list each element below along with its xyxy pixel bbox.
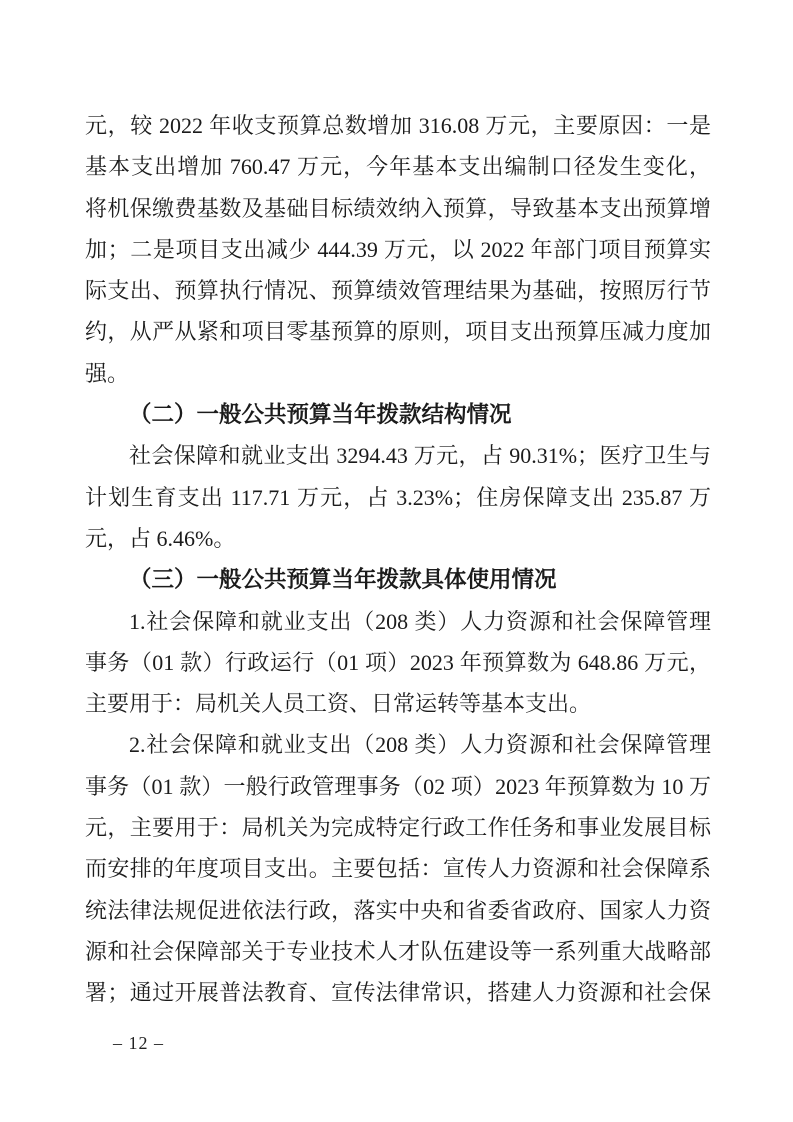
text-line: 加；二是项目支出减少 444.39 万元，以 2022 年部门项目预算实	[85, 229, 711, 270]
text-line: 元，主要用于：局机关为完成特定行政工作任务和事业发展目标	[85, 807, 711, 848]
text-line: 社会保障和就业支出 3294.43 万元，占 90.31%；医疗卫生与	[85, 435, 711, 476]
section-heading: （二）一般公共预算当年拨款结构情况	[85, 394, 711, 435]
paragraph: 元，较 2022 年收支预算总数增加 316.08 万元，主要原因：一是基本支出…	[85, 105, 711, 394]
text-line: 际支出、预算执行情况、预算绩效管理结果为基础，按照厉行节	[85, 270, 711, 311]
paragraph: 1.社会保障和就业支出（208 类）人力资源和社会保障管理事务（01 款）行政运…	[85, 601, 711, 725]
text-line: 而安排的年度项目支出。主要包括：宣传人力资源和社会保障系	[85, 848, 711, 889]
document-body: 元，较 2022 年收支预算总数增加 316.08 万元，主要原因：一是基本支出…	[85, 105, 711, 1014]
text-line: 强。	[85, 353, 711, 394]
paragraph: 2.社会保障和就业支出（208 类）人力资源和社会保障管理事务（01 款）一般行…	[85, 724, 711, 1013]
text-line: 统法律法规促进依法行政，落实中央和省委省政府、国家人力资	[85, 890, 711, 931]
text-line: 1.社会保障和就业支出（208 类）人力资源和社会保障管理	[85, 601, 711, 642]
text-line: 事务（01 款）一般行政管理事务（02 项）2023 年预算数为 10 万	[85, 766, 711, 807]
section-heading: （三）一般公共预算当年拨款具体使用情况	[85, 559, 711, 600]
document-page: 元，较 2022 年收支预算总数增加 316.08 万元，主要原因：一是基本支出…	[0, 0, 793, 1122]
text-line: 主要用于：局机关人员工资、日常运转等基本支出。	[85, 683, 711, 724]
page-number: – 12 –	[113, 1030, 164, 1056]
text-line: 署；通过开展普法教育、宣传法律常识，搭建人力资源和社会保	[85, 972, 711, 1013]
text-line: 事务（01 款）行政运行（01 项）2023 年预算数为 648.86 万元，	[85, 642, 711, 683]
text-line: 2.社会保障和就业支出（208 类）人力资源和社会保障管理	[85, 724, 711, 765]
text-line: 元，占 6.46%。	[85, 518, 711, 559]
text-line: 源和社会保障部关于专业技术人才队伍建设等一系列重大战略部	[85, 931, 711, 972]
text-line: 基本支出增加 760.47 万元，今年基本支出编制口径发生变化，	[85, 146, 711, 187]
text-line: 元，较 2022 年收支预算总数增加 316.08 万元，主要原因：一是	[85, 105, 711, 146]
heading-line: （三）一般公共预算当年拨款具体使用情况	[85, 559, 711, 600]
text-line: 计划生育支出 117.71 万元，占 3.23%；住房保障支出 235.87 万	[85, 477, 711, 518]
text-line: 将机保缴费基数及基础目标绩效纳入预算，导致基本支出预算增	[85, 188, 711, 229]
heading-line: （二）一般公共预算当年拨款结构情况	[85, 394, 711, 435]
text-line: 约，从严从紧和项目零基预算的原则，项目支出预算压减力度加	[85, 311, 711, 352]
paragraph: 社会保障和就业支出 3294.43 万元，占 90.31%；医疗卫生与计划生育支…	[85, 435, 711, 559]
